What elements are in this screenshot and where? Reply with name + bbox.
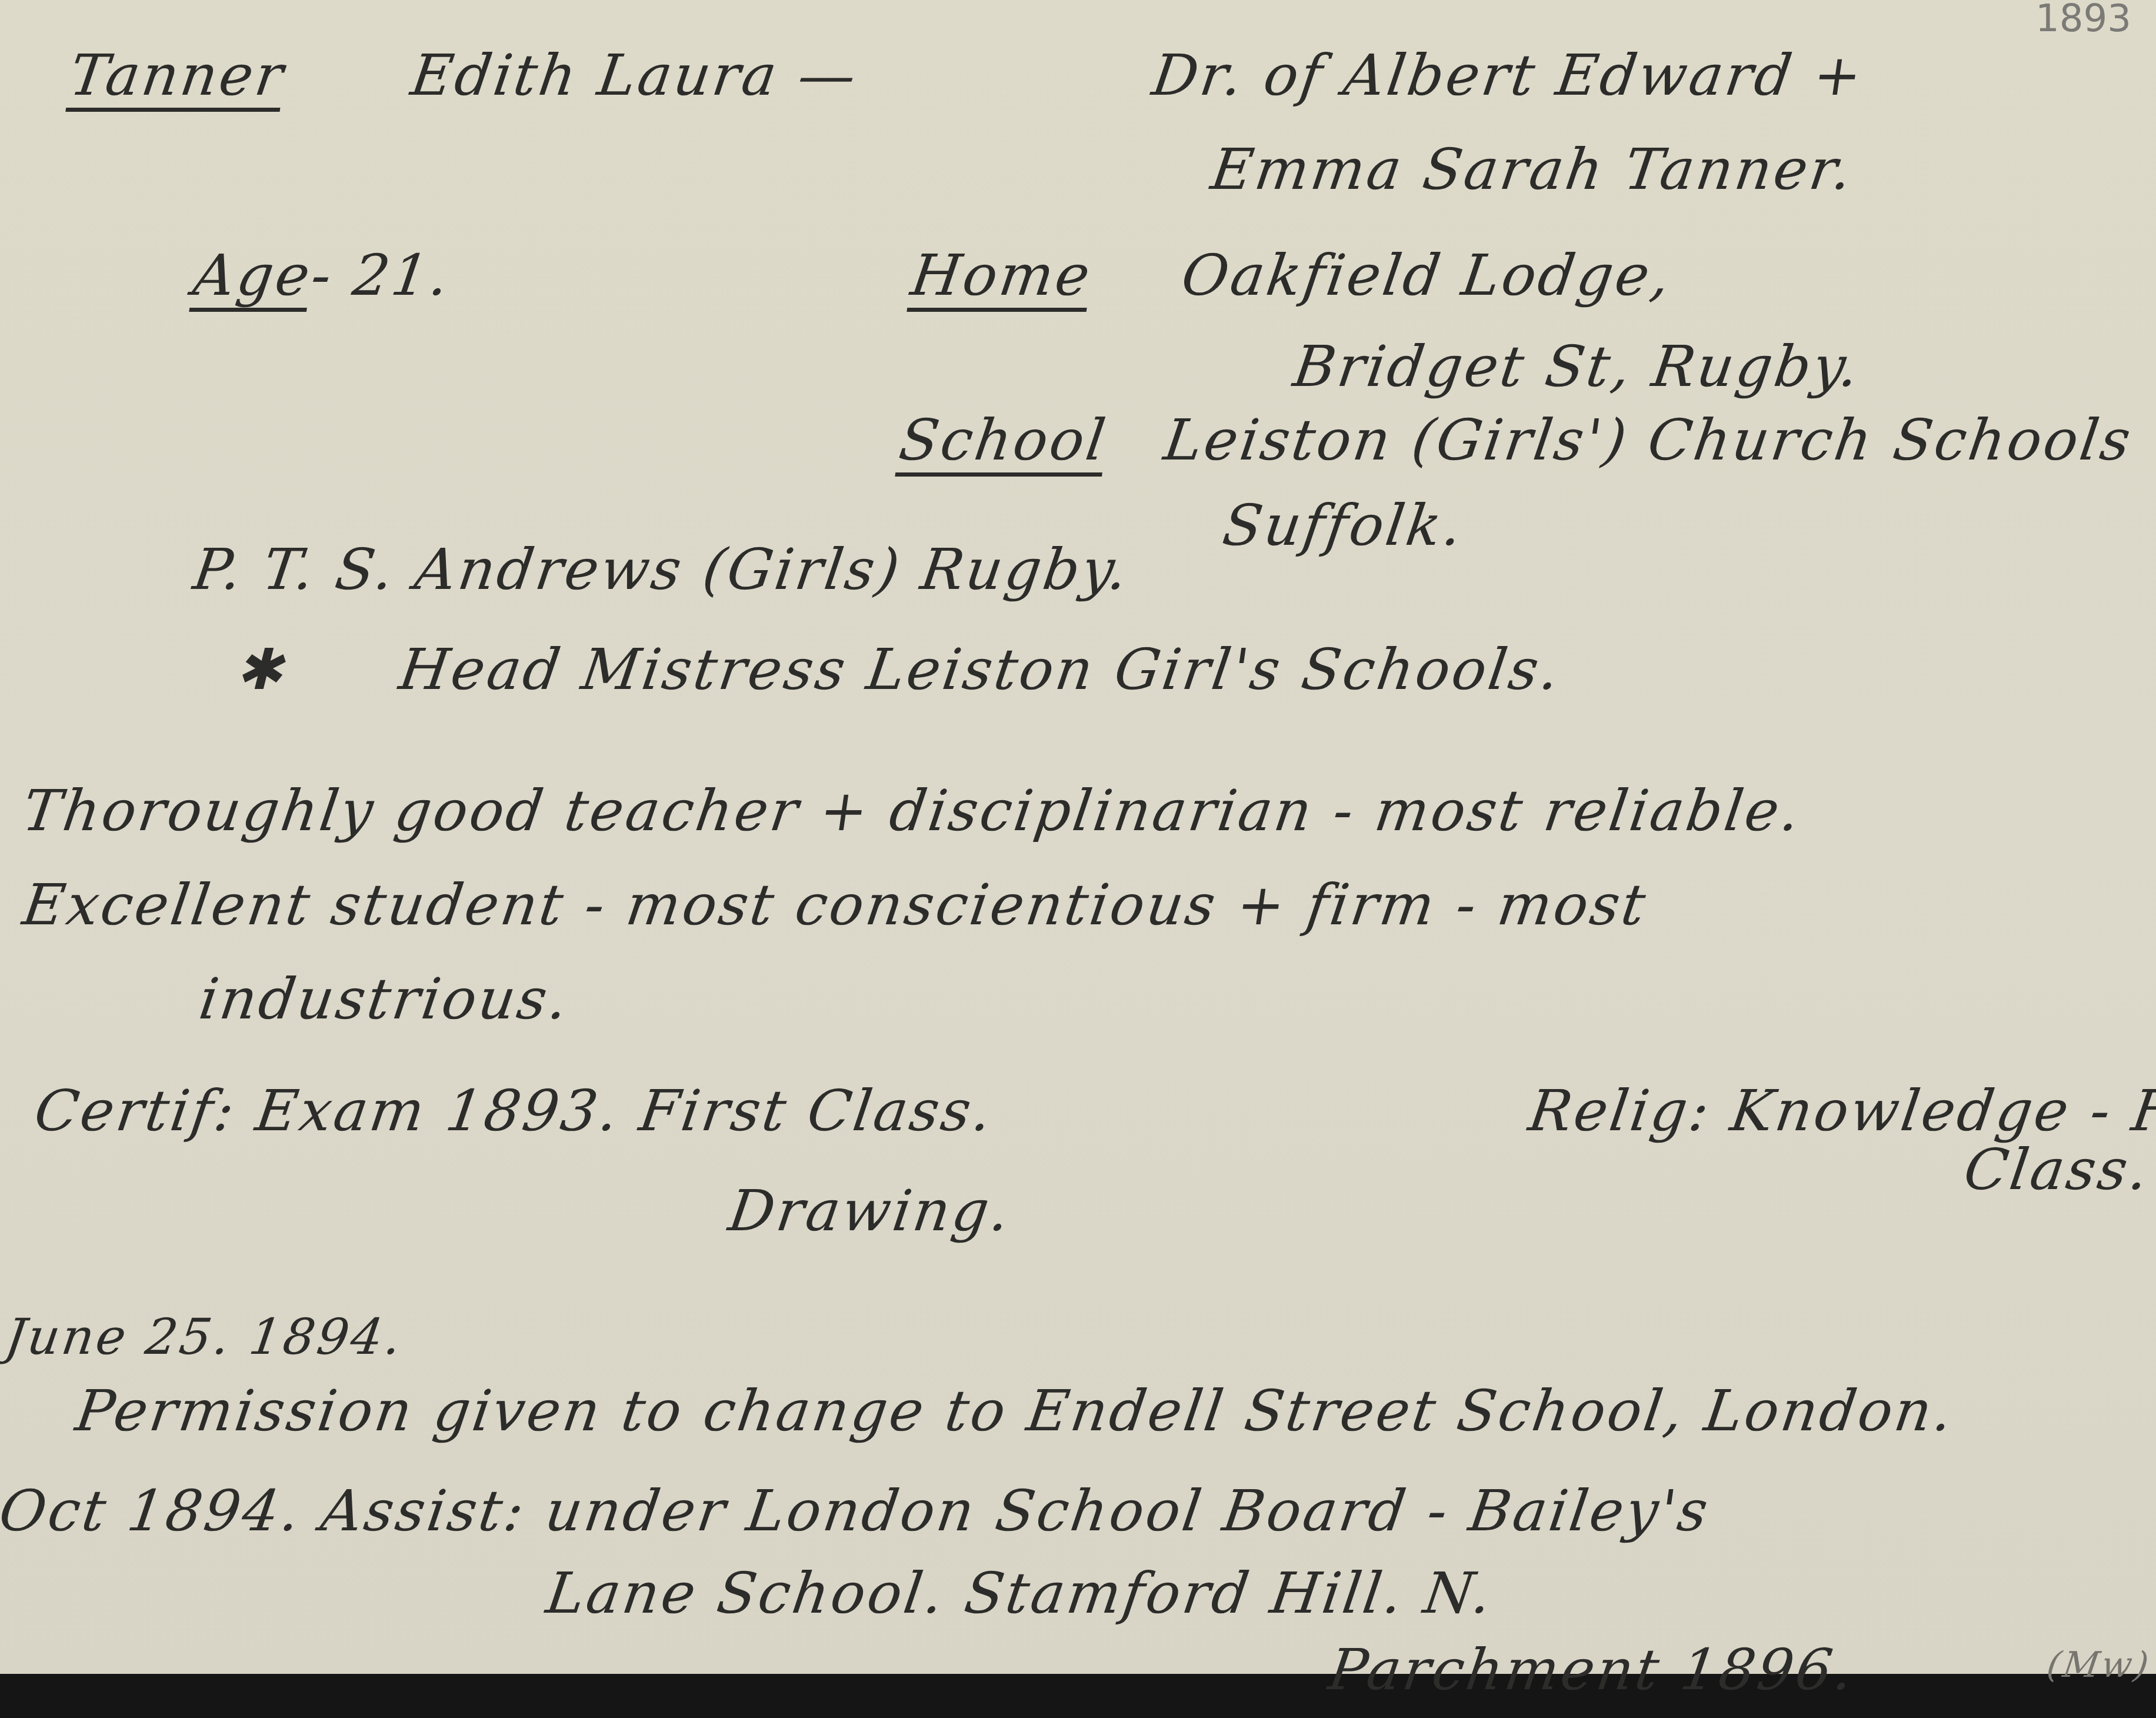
home-line-1: Oakfield Lodge,	[1178, 247, 1675, 304]
remarks-line-1: Thoroughly good teacher + disciplinarian…	[19, 783, 1805, 839]
june-date: June 25. 1894.	[2, 1312, 406, 1361]
corner-year: 1893	[2035, 0, 2131, 38]
age-label: Age	[190, 247, 315, 304]
october-line-1: Oct 1894. Assist: under London School Bo…	[0, 1483, 1714, 1539]
pupil-teacher-line: P. T. S. Andrews (Girls) Rugby.	[190, 541, 1133, 598]
school-label: School	[896, 412, 1111, 468]
religious-knowledge-line-2: Class.	[1961, 1141, 2154, 1198]
drawing-line: Drawing.	[725, 1183, 1015, 1239]
school-line-1: Leiston (Girls') Church Schools	[1161, 412, 2136, 468]
remarks-line-2: Excellent student - most conscientious +…	[19, 877, 1651, 933]
home-line-2: Bridget St, Rugby.	[1290, 338, 1864, 395]
asterisk-icon: ✱	[235, 641, 285, 698]
school-line-2: Suffolk.	[1219, 497, 1467, 554]
age-value: - 21.	[308, 247, 454, 304]
permission-line: Permission given to change to Endell Str…	[72, 1383, 1958, 1439]
remarks-line-3: industrious.	[196, 971, 573, 1027]
october-line-2: Lane School. Stamford Hill. N.	[543, 1565, 1497, 1622]
initials: (Mw)	[2045, 1647, 2153, 1683]
parents-line-2: Emma Sarah Tanner.	[1208, 141, 1857, 198]
surname: Tanner	[66, 47, 289, 104]
home-label: Home	[908, 247, 1095, 304]
religious-knowledge-line-1: Relig: Knowledge - First	[1525, 1083, 2156, 1139]
certificate-exam-line: Certif: Exam 1893. First Class.	[31, 1083, 997, 1139]
parents-line-1: Dr. of Albert Edward +	[1149, 47, 1867, 104]
headmistress-line: Head Mistress Leiston Girl's Schools.	[396, 641, 1565, 698]
given-names: Edith Laura —	[408, 47, 861, 104]
parchment-line: Parchment 1896.	[1325, 1642, 1858, 1698]
